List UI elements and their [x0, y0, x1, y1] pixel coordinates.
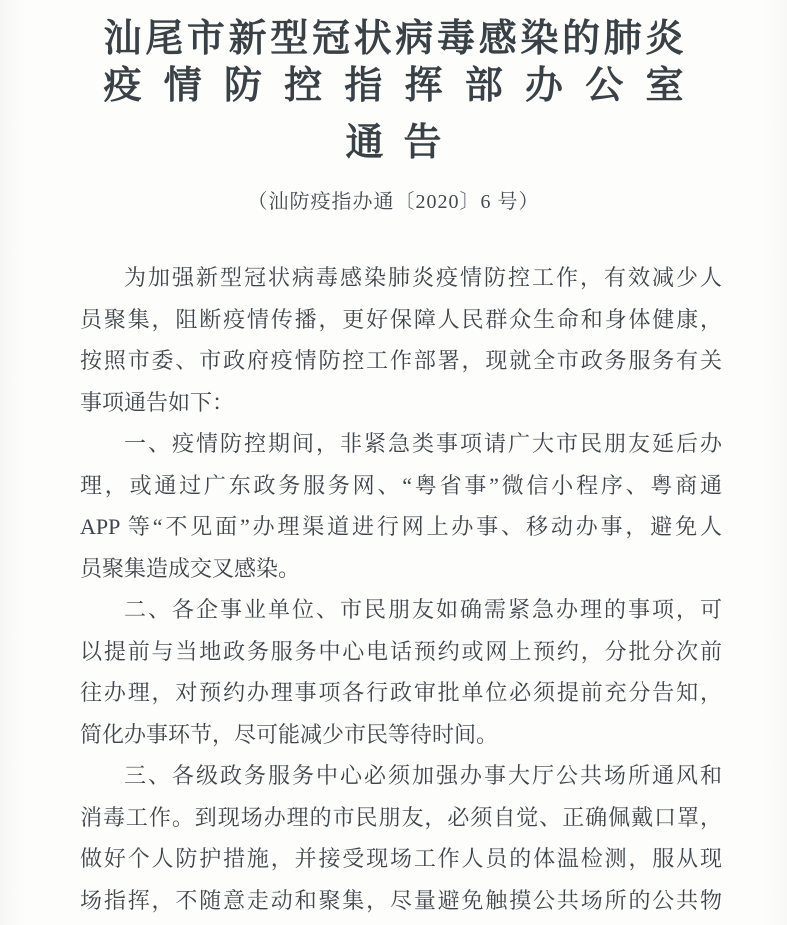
notice-page: 汕尾市新型冠状病毒感染的肺炎 疫情防控指挥部办公室 通告 （汕防疫指办通〔202… — [0, 0, 787, 925]
paragraph-line: 三、各级政务服务中心必须加强办事大厅公共场所通风和 — [80, 755, 722, 797]
paragraph-line: APP 等“不见面”办理渠道进行网上办事、移动办事，避免人 — [80, 506, 722, 548]
paragraph-line: 往办理，对预约办理事项各行政审批单位必须提前充分告知， — [80, 672, 722, 714]
document-body: 为加强新型冠状病毒感染肺炎疫情防控工作，有效减少人员聚集，阻断疫情传播，更好保障… — [68, 257, 722, 921]
paragraph-line: 为加强新型冠状病毒感染肺炎疫情防控工作，有效减少人 — [80, 257, 722, 299]
paragraph-line: 简化办事环节，尽可能减少市民等待时间。 — [80, 714, 722, 756]
paragraph-line: 场指挥，不随意走动和聚集，尽量避免触摸公共场所的公共物 — [80, 880, 722, 922]
title-line-3: 通告 — [346, 120, 442, 167]
paragraph-line: 按照市委、市政府疫情防控工作部署，现就全市政务服务有关 — [80, 340, 722, 382]
paragraph-line: 员聚集造成交叉感染。 — [80, 548, 722, 590]
paragraph-line: 以提前与当地政务服务中心电话预约或网上预约，分批分次前 — [80, 631, 722, 673]
paragraph-line: 员聚集，阻断疫情传播，更好保障人民群众生命和身体健康， — [80, 299, 722, 341]
paragraph-line: 理，或通过广东政务服务网、“粤省事”微信小程序、粤商通 — [80, 465, 722, 507]
title-line-2: 疫情防控指挥部办公室 — [104, 63, 684, 110]
paragraph-line: 消毒工作。到现场办理的市民朋友，必须自觉、正确佩戴口罩， — [80, 797, 722, 839]
paragraph-line: 事项通告如下： — [80, 382, 722, 424]
paragraph-line: 二、各企事业单位、市民朋友如确需紧急办理的事项，可 — [80, 589, 722, 631]
paragraph-line: 一、疫情防控期间，非紧急类事项请广大市民朋友延后办 — [80, 423, 722, 465]
paragraph-line: 做好个人防护措施，并接受现场工作人员的体温检测，服从现 — [80, 838, 722, 880]
paragraph: 二、各企事业单位、市民朋友如确需紧急办理的事项，可以提前与当地政务服务中心电话预… — [80, 589, 722, 755]
title-line-1: 汕尾市新型冠状病毒感染的肺炎 — [104, 16, 684, 63]
document-title: 汕尾市新型冠状病毒感染的肺炎 疫情防控指挥部办公室 通告 — [0, 0, 787, 167]
document-number: （汕防疫指办通〔2020〕6 号） — [0, 189, 787, 215]
paragraph: 一、疫情防控期间，非紧急类事项请广大市民朋友延后办理，或通过广东政务服务网、“粤… — [80, 423, 722, 589]
paragraph: 为加强新型冠状病毒感染肺炎疫情防控工作，有效减少人员聚集，阻断疫情传播，更好保障… — [80, 257, 722, 423]
paragraph: 三、各级政务服务中心必须加强办事大厅公共场所通风和消毒工作。到现场办理的市民朋友… — [80, 755, 722, 921]
